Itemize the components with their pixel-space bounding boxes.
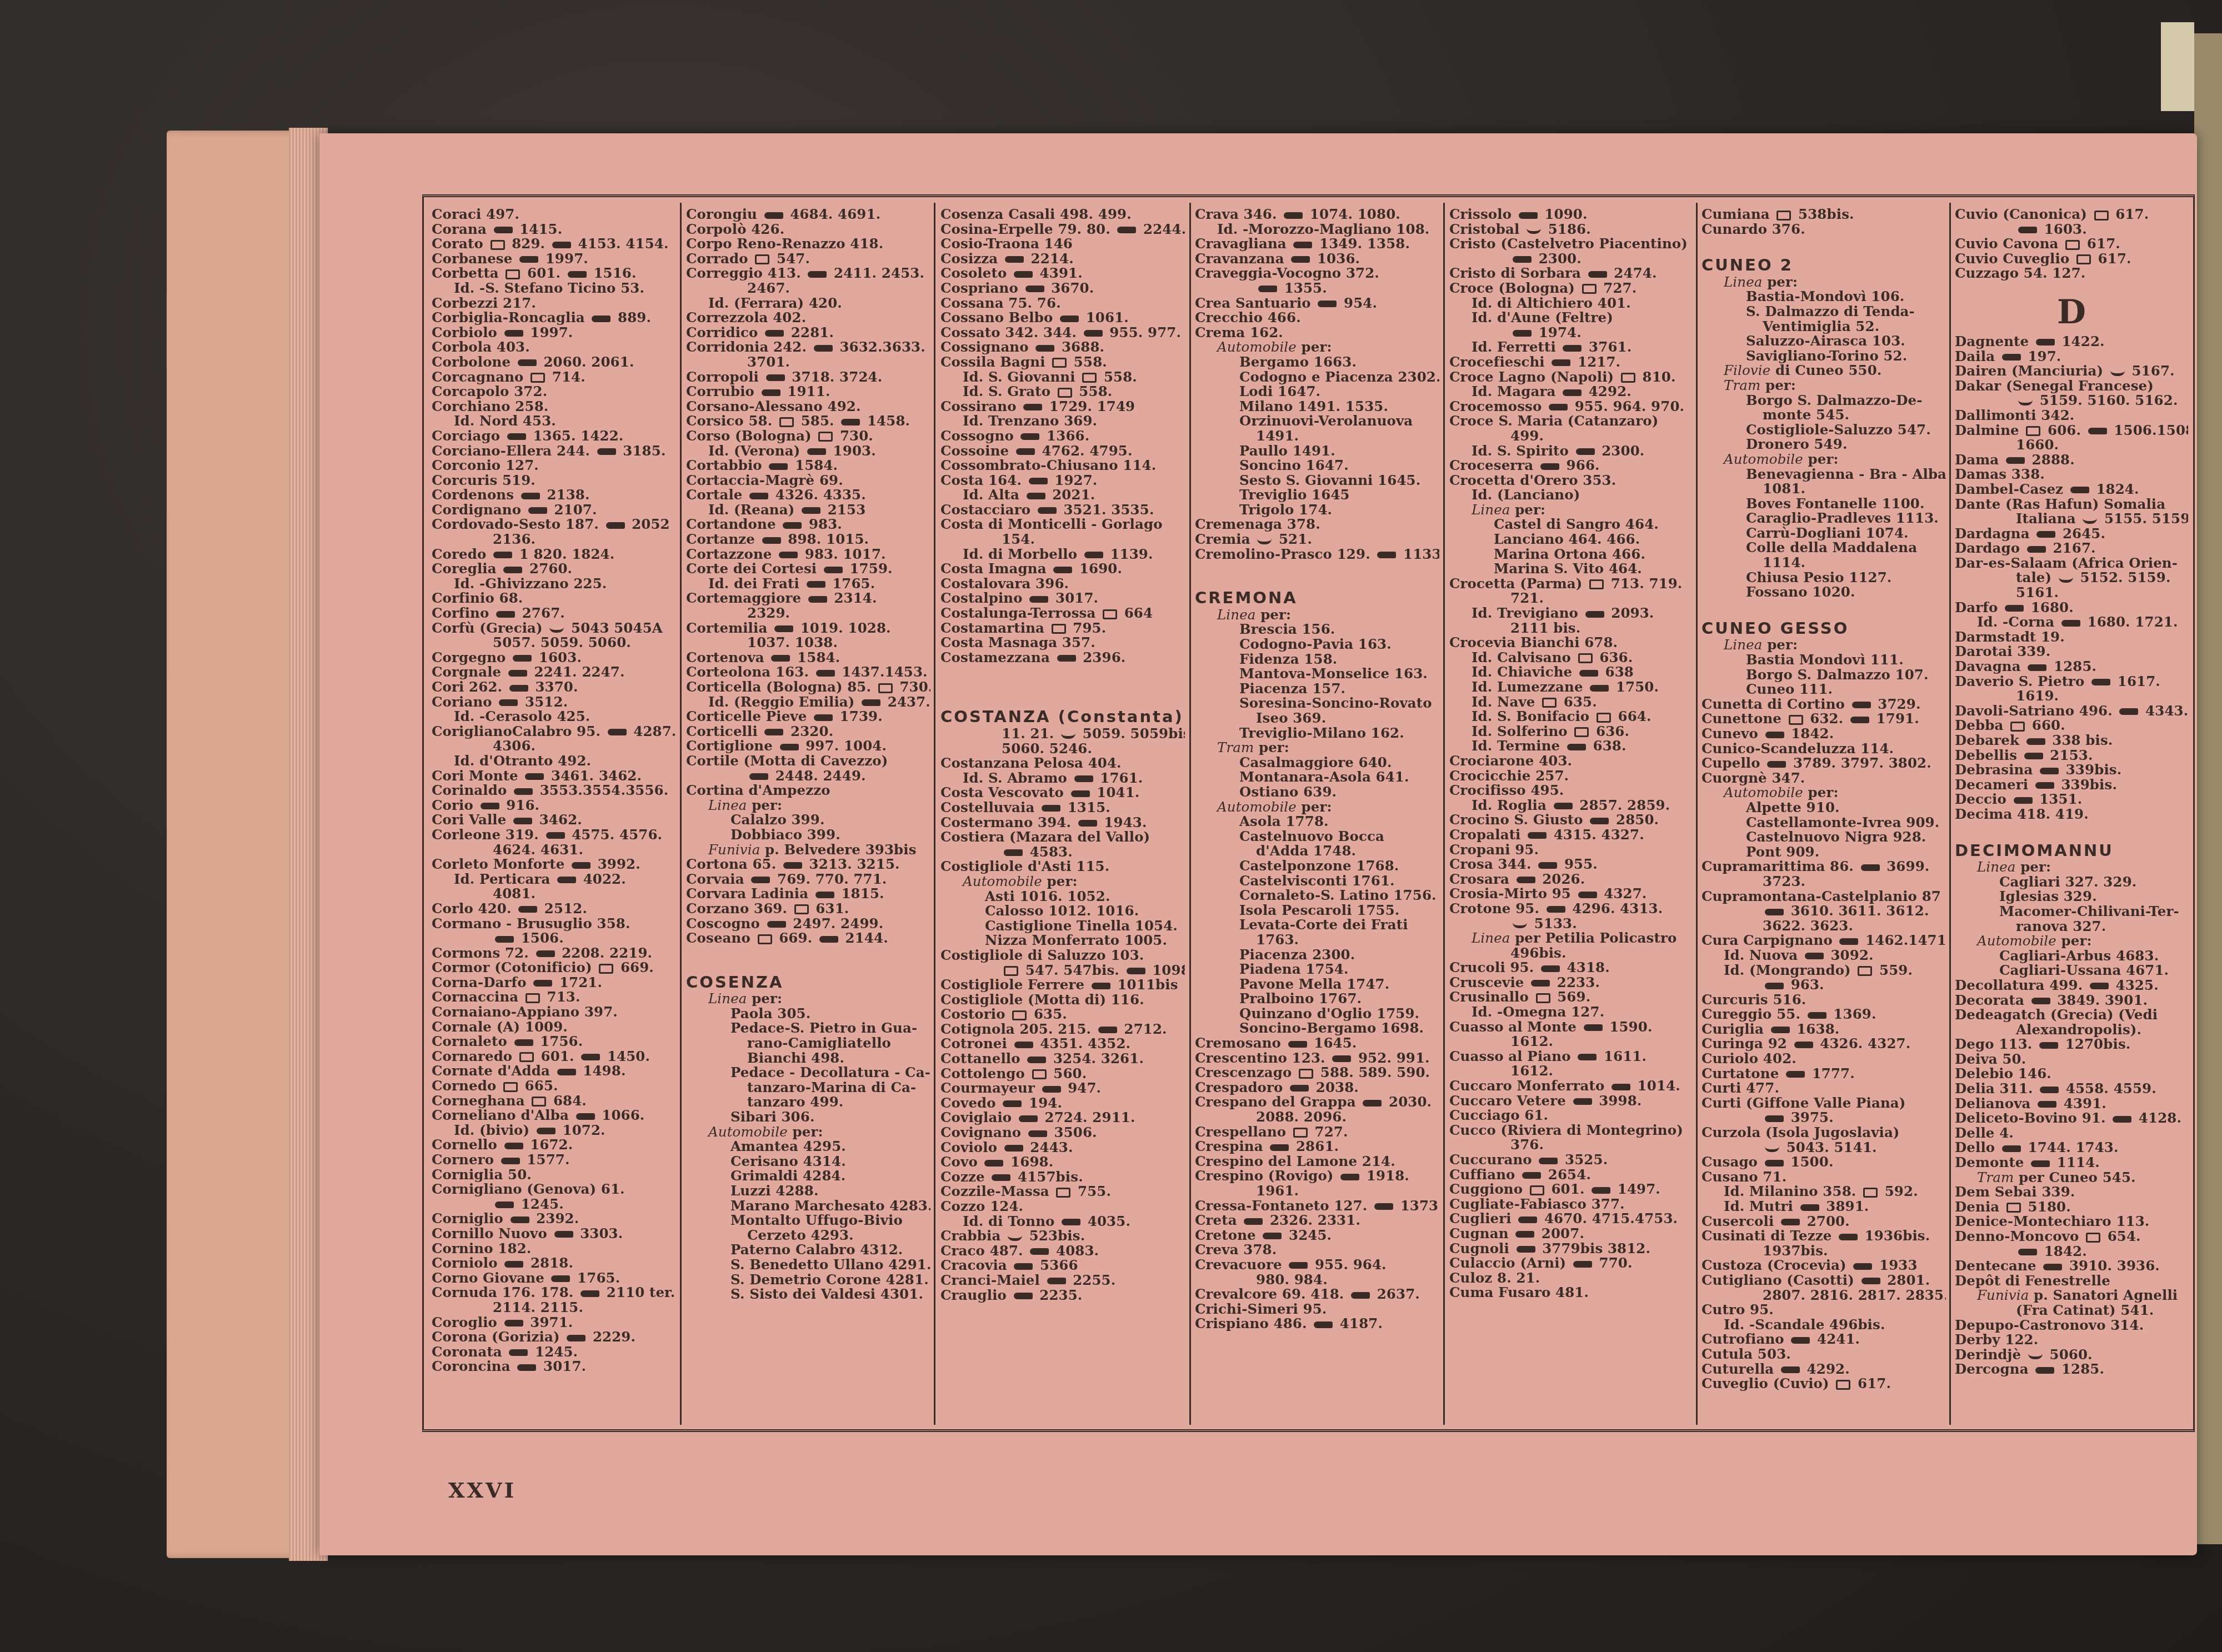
index-entry: Cormor (Cotonificio) 669. xyxy=(432,960,676,975)
index-entry: Dego 113. 1270bis. xyxy=(1955,1037,2188,1052)
sub-entry: Luzzi 4288. xyxy=(686,1184,930,1199)
tram-icon xyxy=(1032,1069,1047,1079)
index-entry: Cospriano 3670. xyxy=(940,281,1185,296)
tram-icon xyxy=(1589,579,1604,589)
index-entry: Crema 162. xyxy=(1195,326,1439,341)
index-entry: Corciano-Ellera 244. 3185. xyxy=(432,444,676,459)
index-entry: Crotone 95. 4296. 4313. xyxy=(1449,902,1694,917)
bus-icon xyxy=(503,567,522,573)
bus-icon xyxy=(2091,679,2110,685)
entry-continuation: 1491. xyxy=(1195,429,1439,444)
entry-continuation: 1114. xyxy=(1701,555,1946,570)
index-entry: Costa di Monticelli - Gorlago xyxy=(940,517,1185,532)
bus-icon xyxy=(2014,797,2033,804)
index-entry: Deiva 50. xyxy=(1955,1052,2188,1067)
bus-icon xyxy=(557,1069,576,1075)
bus-icon xyxy=(1314,1321,1333,1328)
bus-icon xyxy=(504,330,523,337)
sub-entry: Id. -S. Stefano Ticino 53. xyxy=(432,281,676,296)
index-entry: Cremia 521. xyxy=(1195,532,1439,547)
index-column-7: Cuvio (Canonica) 617. 1603.Cuvio Cavona … xyxy=(1955,207,2188,1424)
bus-icon xyxy=(816,670,835,677)
entry-continuation: 5159. 5160. 5162. xyxy=(1955,393,2188,408)
bus-icon xyxy=(509,1349,528,1356)
index-entry: Cutula 503. xyxy=(1701,1347,1946,1362)
entry-continuation: 5043. 5141. xyxy=(1701,1140,1946,1155)
bus-icon xyxy=(528,507,547,514)
index-entry: Decima 418. 419. xyxy=(1955,807,2188,822)
bus-icon xyxy=(1318,301,1337,307)
column-divider xyxy=(934,203,935,1425)
bus-icon xyxy=(1003,1100,1022,1107)
bus-icon xyxy=(2002,1145,2021,1152)
tram-icon xyxy=(1836,1380,1850,1390)
bus-icon xyxy=(802,507,820,514)
sub-entry: S. Benedetto Ullano 4291. xyxy=(686,1258,930,1273)
ship-icon xyxy=(2110,368,2125,376)
sub-entry: Cagliari-Ussana 4671. xyxy=(1955,963,2188,978)
index-entry: Cornaredo 601. 1450. xyxy=(432,1049,676,1064)
index-entry: Costigliole di Saluzzo 103. xyxy=(940,948,1185,963)
bus-icon xyxy=(2027,546,2046,553)
station-section-header: CUNEO GESSO xyxy=(1701,621,1946,636)
tram-icon xyxy=(1293,1128,1308,1138)
bus-icon xyxy=(984,1160,1003,1167)
sub-entry: Id. S. Abramo 1761. xyxy=(940,771,1185,786)
index-entry: Corio 916. xyxy=(432,798,676,813)
index-entry: Cortiglione 997. 1004. xyxy=(686,739,930,754)
sub-entry: Id. d'Aune (Feltre) xyxy=(1449,311,1694,326)
index-entry: Costamezzana 2396. xyxy=(940,650,1185,665)
sub-entry: Automobile per: xyxy=(1195,800,1439,815)
bus-icon xyxy=(608,729,627,735)
index-entry: Cottolengo 560. xyxy=(940,1067,1185,1082)
index-entry: Darfo 1680. xyxy=(1955,600,2188,615)
bus-icon xyxy=(1805,953,1824,959)
sub-entry: Piadena 1754. xyxy=(1195,962,1439,977)
index-entry: Cossana 75. 76. xyxy=(940,296,1185,311)
entry-continuation: 1612. xyxy=(1449,1064,1694,1079)
column-divider xyxy=(1443,203,1445,1425)
bus-icon xyxy=(774,625,793,632)
index-entry: Corbezzi 217. xyxy=(432,296,676,311)
index-entry: Crocicchie 257. xyxy=(1449,769,1694,784)
sub-entry: Codogno-Pavia 163. xyxy=(1195,637,1439,652)
bus-icon xyxy=(1554,803,1573,809)
bus-icon xyxy=(514,1039,533,1046)
index-entry: Debba 660. xyxy=(1955,718,2188,733)
index-entry: Cossano Belbo 1061. xyxy=(940,311,1185,326)
bus-icon xyxy=(992,1174,1010,1181)
index-entry: Costalunga-Terrossa 664 xyxy=(940,606,1185,621)
bus-icon xyxy=(1592,1187,1610,1194)
index-entry: Cormano - Brusuglio 358. xyxy=(432,917,676,932)
index-entry: Cremosano 1645. xyxy=(1195,1036,1439,1051)
sub-entry: Cerisano 4314. xyxy=(686,1154,930,1169)
bus-icon xyxy=(2006,457,2025,464)
index-entry: Denice-Montechiaro 113. xyxy=(1955,1214,2188,1229)
index-column-3: Cosenza Casali 498. 499.Cosina-Erpelle 7… xyxy=(940,207,1185,1424)
bus-icon xyxy=(1767,761,1786,768)
index-entry: Cupramarittima 86. 3699. xyxy=(1701,859,1946,874)
sub-entry: Id. Ferretti 3761. xyxy=(1449,340,1694,355)
sub-entry: Id. -Scandale 496bis. xyxy=(1701,1318,1946,1333)
sub-entry: Linea per: xyxy=(1955,860,2188,875)
sub-entry: Montanara-Asola 641. xyxy=(1195,770,1439,785)
tram-icon xyxy=(1536,993,1550,1003)
entry-continuation: 2300. xyxy=(1449,252,1694,267)
service-type-label: Linea xyxy=(1724,637,1763,653)
index-entry: Covo 1698. xyxy=(940,1155,1185,1170)
index-entry: Cozzo 124. xyxy=(940,1199,1185,1214)
bus-icon xyxy=(2090,983,2109,989)
sub-entry: Macomer-Chilivani-Ter- xyxy=(1955,904,2188,919)
tram-icon xyxy=(526,993,540,1003)
ship-icon xyxy=(2028,1351,2043,1359)
index-entry: Cossila Bagni 558. xyxy=(940,355,1185,370)
tram-icon xyxy=(1004,966,1018,976)
station-section-header: COSTANZA (Constanta) xyxy=(940,709,1185,724)
index-entry: Corgnale 2241. 2247. xyxy=(432,665,676,680)
sub-entry: Id. S. Spirito 2300. xyxy=(1449,444,1694,459)
bus-icon xyxy=(499,699,518,706)
entry-continuation: 3723. xyxy=(1701,874,1946,889)
entry-continuation: rano-Camigliatello xyxy=(686,1036,930,1051)
bus-icon xyxy=(1563,345,1582,352)
sub-entry: Treviglio-Milano 162. xyxy=(1195,726,1439,741)
bus-icon xyxy=(504,1143,523,1149)
index-entry: Cornuda 176. 178. 2110 ter. xyxy=(432,1285,676,1300)
index-entry: Corongiu 4684. 4691. xyxy=(686,207,930,222)
bus-icon xyxy=(1291,256,1310,263)
index-entry: Cosio-Traona 146 xyxy=(940,237,1185,252)
bus-icon xyxy=(2018,1249,2037,1255)
index-entry: Coviolo 2443. xyxy=(940,1140,1185,1155)
sub-entry: Cagliari-Arbus 4683. xyxy=(1955,949,2188,964)
bus-icon xyxy=(1377,552,1396,558)
index-entry: Cornate d'Adda 1498. xyxy=(432,1064,676,1079)
sub-entry: Filovie di Cuneo 550. xyxy=(1701,363,1946,378)
bus-icon xyxy=(1374,1203,1393,1210)
entry-continuation: 1937bis. xyxy=(1701,1244,1946,1259)
index-entry: Cuggiono 601. 1497. xyxy=(1449,1182,1694,1197)
index-entry: Cuma Fusaro 481. xyxy=(1449,1285,1694,1300)
index-entry: Coriano 3512. xyxy=(432,695,676,710)
bus-icon xyxy=(1573,1098,1592,1105)
sub-entry: Id. (Lanciano) xyxy=(1449,488,1694,503)
index-entry: Cuzzago 54. 127. xyxy=(1955,266,2188,281)
index-entry: Croce S. Maria (Catanzaro) xyxy=(1449,414,1694,429)
bus-icon xyxy=(1765,909,1784,915)
spacer xyxy=(686,946,930,954)
service-type-label: Linea xyxy=(1472,502,1510,518)
index-entry: Denia 5180. xyxy=(1955,1200,2188,1215)
bus-icon xyxy=(2043,1264,2062,1270)
sub-entry: Sesto S. Giovanni 1645. xyxy=(1195,473,1439,488)
bus-icon xyxy=(1047,1278,1066,1284)
index-entry: Croce (Bologna) 727. xyxy=(1449,281,1694,296)
tram-icon xyxy=(1582,284,1597,294)
sub-entry: Saluzzo-Airasca 103. xyxy=(1701,334,1946,349)
index-entry: Cornero 1577. xyxy=(432,1153,676,1168)
bus-icon xyxy=(504,1320,523,1326)
index-entry: Dem Sebai 339. xyxy=(1955,1185,2188,1200)
index-entry: Debrasina 339bis. xyxy=(1955,763,2188,778)
bus-icon xyxy=(824,567,843,573)
bus-icon xyxy=(1538,862,1557,869)
index-entry: Crosa 344. 955. xyxy=(1449,857,1694,872)
index-entry: Corbola 403. xyxy=(432,340,676,355)
tram-icon xyxy=(1530,1185,1544,1195)
index-entry: Crespina 2861. xyxy=(1195,1139,1439,1154)
sub-entry: Id. (Ferrara) 420. xyxy=(686,296,930,311)
tram-icon xyxy=(1578,653,1593,663)
index-entry: Depupo-Castronovo 314. xyxy=(1955,1318,2188,1333)
sub-entry: Quinzano d'Oglio 1759. xyxy=(1195,1007,1439,1022)
index-entry: Creta 2326. 2331. xyxy=(1195,1213,1439,1228)
entry-continuation: 3610. 3611. 3612. xyxy=(1701,904,1946,919)
tram-icon xyxy=(2010,722,2025,732)
index-entry: Costelluvaia 1315. xyxy=(940,800,1185,815)
entry-continuation: 963. xyxy=(1701,978,1946,993)
index-entry: Cruscevie 2233. xyxy=(1449,975,1694,990)
bus-icon xyxy=(841,419,860,425)
index-entry: Cuglieri 4670. 4715.4753. xyxy=(1449,1212,1694,1227)
sub-entry: Savigliano-Torino 52. xyxy=(1701,349,1946,364)
index-entry: Crichi-Simeri 95. xyxy=(1195,1302,1439,1317)
bus-icon xyxy=(537,1128,555,1134)
sub-entry: Trigolo 174. xyxy=(1195,503,1439,518)
index-entry: Croce Lagno (Napoli) 810. xyxy=(1449,370,1694,385)
entry-continuation: 3975. xyxy=(1701,1110,1946,1125)
index-entry: Corrubio 1911. xyxy=(686,384,930,399)
index-entry: Cusano 71. xyxy=(1701,1170,1946,1185)
index-entry: Debellis 2153. xyxy=(1955,748,2188,763)
sub-entry: Linea per: xyxy=(686,992,930,1007)
sub-entry: Levata-Corte dei Frati xyxy=(1195,918,1439,933)
tram-icon xyxy=(1858,966,1872,976)
sub-entry: S. Dalmazzo di Tenda- xyxy=(1701,304,1946,319)
index-entry: Corbetta 601. 1516. xyxy=(432,266,676,281)
bus-icon xyxy=(2035,782,2054,789)
index-entry: Custoza (Crocevia) 1933 xyxy=(1701,1258,1946,1273)
bus-icon xyxy=(495,1202,514,1208)
index-entry: Cristo (Castelvetro Piacentino) xyxy=(1449,237,1694,252)
index-entry: Coraci 497. xyxy=(432,207,676,222)
sub-entry: Borgo S. Dalmazzo 107. xyxy=(1701,668,1946,683)
index-entry: Cotronei 4351. 4352. xyxy=(940,1037,1185,1052)
index-entry: Cortaccia-Magrè 69. xyxy=(686,473,930,488)
sub-entry: Tram per: xyxy=(1195,740,1439,755)
ship-icon xyxy=(1513,920,1527,928)
bus-icon xyxy=(1289,1262,1308,1269)
index-entry: Cosenza Casali 498. 499. xyxy=(940,207,1185,222)
bus-icon xyxy=(862,699,880,706)
bus-icon xyxy=(1004,849,1023,856)
index-entry: Craco 487. 4083. xyxy=(940,1244,1185,1259)
bus-icon xyxy=(779,552,798,558)
index-entry: Cortina d'Ampezzo xyxy=(686,783,930,798)
station-section-header: COSENZA xyxy=(686,975,930,990)
index-entry: Cravanzana 1036. xyxy=(1195,252,1439,267)
bus-icon xyxy=(2024,753,2043,759)
index-entry: Cozzile-Massa 755. xyxy=(940,1184,1185,1199)
index-entry: Corconio 127. xyxy=(432,458,676,473)
bus-icon xyxy=(749,773,768,780)
entry-continuation: 2329. xyxy=(686,606,930,621)
bus-icon xyxy=(1541,965,1560,972)
entry-continuation: 2448. 2449. xyxy=(686,769,930,784)
tram-icon xyxy=(506,269,520,279)
index-entry: Corticelle Pieve 1739. xyxy=(686,709,930,724)
bus-icon xyxy=(1578,1054,1597,1060)
bus-icon xyxy=(1020,433,1039,440)
bus-icon xyxy=(508,670,527,677)
index-entry: Cordignano 2107. xyxy=(432,503,676,518)
bus-icon xyxy=(1547,906,1565,913)
bus-icon xyxy=(764,729,783,735)
index-entry: Crucoli 95. 4318. xyxy=(1449,960,1694,975)
bus-icon xyxy=(521,493,540,499)
column-divider xyxy=(1696,203,1698,1425)
sub-entry: Id. Calvisano 636. xyxy=(1449,650,1694,665)
entry-continuation: 1961. xyxy=(1195,1184,1439,1199)
index-entry: Cranci-Maiel 2255. xyxy=(940,1273,1185,1288)
bus-icon xyxy=(807,581,825,588)
index-entry: Courmayeur 947. xyxy=(940,1081,1185,1096)
tram-icon xyxy=(1056,1188,1070,1198)
sub-entry: Benevagienna - Bra - Alba xyxy=(1701,467,1946,482)
index-entry: Crispiano 486. 4187. xyxy=(1195,1316,1439,1331)
index-entry: Cucciago 61. xyxy=(1449,1108,1694,1123)
index-entry: Dedeagatch (Grecia) (Vedi xyxy=(1955,1008,2188,1023)
index-entry: Cutigliano (Casotti) 2801. xyxy=(1701,1273,1946,1288)
index-entry: Corniglio 2392. xyxy=(432,1212,676,1227)
bus-icon xyxy=(2119,708,2138,715)
entry-continuation: tanzaro-Marina di Ca- xyxy=(686,1080,930,1095)
index-entry: Cori 262. 3370. xyxy=(432,680,676,695)
index-entry: Corlo 420. 2512. xyxy=(432,902,676,917)
index-entry: Cremenaga 378. xyxy=(1195,517,1439,532)
sub-entry: Soresina-Soncino-Rovato xyxy=(1195,696,1439,711)
sub-entry: Costigliole-Saluzzo 547. xyxy=(1701,423,1946,438)
index-entry: Coscogno 2497. 2499. xyxy=(686,917,930,932)
bus-icon xyxy=(597,448,616,455)
index-entry: Costalovara 396. xyxy=(940,577,1185,592)
index-entry: Cravagliana 1349. 1358. xyxy=(1195,237,1439,252)
bus-icon xyxy=(1552,359,1570,366)
bus-icon xyxy=(1517,877,1535,883)
entry-continuation: 376. xyxy=(1449,1138,1694,1153)
bus-icon xyxy=(2026,738,2045,745)
tram-icon xyxy=(491,240,505,250)
sub-entry: Bergamo 1663. xyxy=(1195,355,1439,370)
index-entry: Cordovado-Sesto 187. 2052 xyxy=(432,517,676,532)
entry-continuation: Bianchi 498. xyxy=(686,1051,930,1066)
index-entry: Dagnente 1422. xyxy=(1955,334,2188,349)
index-entry: Crissolo 1090. xyxy=(1449,207,1694,222)
index-entry: Costa 164. 1927. xyxy=(940,473,1185,488)
index-entry: Corzano 369. 631. xyxy=(686,902,930,917)
bus-icon xyxy=(513,655,532,662)
sub-entry: Id. Nuova 3092. xyxy=(1701,948,1946,963)
index-entry: Cortile (Motta di Cavezzo) xyxy=(686,754,930,769)
entry-continuation: 980. 984. xyxy=(1195,1273,1439,1288)
entry-continuation: Ventimiglia 52. xyxy=(1701,319,1946,334)
index-entry: Depôt di Fenestrelle xyxy=(1955,1274,2188,1289)
bus-icon xyxy=(509,685,528,692)
bus-icon xyxy=(554,1231,573,1238)
bus-icon xyxy=(517,1364,536,1371)
sub-entry: Cuneo 111. xyxy=(1701,682,1946,697)
index-entry: Costalpino 3017. xyxy=(940,591,1185,606)
index-entry: Crocetta (Parma) 713. 719. xyxy=(1449,577,1694,592)
index-entry: Curti (Giffone Valle Piana) xyxy=(1701,1096,1946,1111)
entry-continuation: 2807. 2816. 2817. 2835. xyxy=(1701,1288,1946,1303)
tram-icon xyxy=(1863,1188,1878,1198)
index-entry: Decorata 3849. 3901. xyxy=(1955,993,2188,1008)
index-entry: Crespino del Lamone 214. xyxy=(1195,1154,1439,1169)
bus-icon xyxy=(1057,655,1076,662)
index-entry: Cupramontana-Castelplanio 87 xyxy=(1701,889,1946,904)
bus-icon xyxy=(1016,448,1035,455)
bus-icon xyxy=(1029,478,1048,484)
sub-entry: Pedace - Decollatura - Ca- xyxy=(686,1065,930,1080)
entry-continuation: 4583. xyxy=(940,845,1185,860)
bus-icon xyxy=(2031,1160,2050,1167)
tram-icon xyxy=(1012,1010,1027,1020)
bus-icon xyxy=(519,256,538,263)
sub-entry: Orzinuovi-Verolanuova xyxy=(1195,414,1439,429)
sub-entry: S. Sisto dei Valdesi 4301. xyxy=(686,1287,930,1302)
tram-icon xyxy=(1103,609,1117,619)
index-entry: Craveggia-Vocogno 372. xyxy=(1195,266,1439,281)
bus-icon xyxy=(1288,1041,1307,1048)
index-entry: Crabbia 523bis. xyxy=(940,1229,1185,1244)
spacer xyxy=(940,665,1185,673)
sub-entry: Id. Lumezzane 1750. xyxy=(1449,680,1694,695)
entry-continuation: 2111 bis. xyxy=(1449,621,1694,636)
index-column-2: Corongiu 4684. 4691.Corpolò 426.Corpo Re… xyxy=(686,207,930,1424)
index-entry: Corridico 2281. xyxy=(686,326,930,341)
entry-continuation: 5060. 5246. xyxy=(940,742,1185,757)
index-entry: Curiolo 402. xyxy=(1701,1052,1946,1067)
bus-icon xyxy=(1513,330,1532,337)
sub-entry: Tram per: xyxy=(1701,378,1946,393)
index-entry: Cunetta di Cortino 3729. xyxy=(1701,697,1946,712)
index-entry: Davoli-Satriano 496. 4343. xyxy=(1955,704,2188,719)
index-entry: Corbanese 1997. xyxy=(432,252,676,267)
index-entry: Dello 1744. 1743. xyxy=(1955,1140,2188,1155)
bus-icon xyxy=(1765,732,1784,738)
index-entry: Corgegno 1603. xyxy=(432,650,676,665)
sub-entry: Automobile per: xyxy=(1955,934,2188,949)
entry-continuation: 154. xyxy=(940,532,1185,547)
index-entry: Corridonia 242. 3632.3633. xyxy=(686,340,930,355)
index-entry: Corbiolo 1997. xyxy=(432,326,676,341)
bus-icon xyxy=(780,744,799,750)
tram-icon xyxy=(503,1082,518,1092)
column-divider xyxy=(680,203,682,1425)
bus-icon xyxy=(1567,744,1586,750)
bus-icon xyxy=(481,803,499,809)
index-column-5: Crissolo 1090.Cristobal 5186.Cristo (Cas… xyxy=(1449,207,1694,1424)
entry-continuation: ranova 327. xyxy=(1955,919,2188,934)
bus-icon xyxy=(751,877,770,883)
sub-entry: Id. Alta 2021. xyxy=(940,488,1185,503)
index-entry: Cunardo 376. xyxy=(1701,222,1946,237)
spacer xyxy=(1195,562,1439,569)
